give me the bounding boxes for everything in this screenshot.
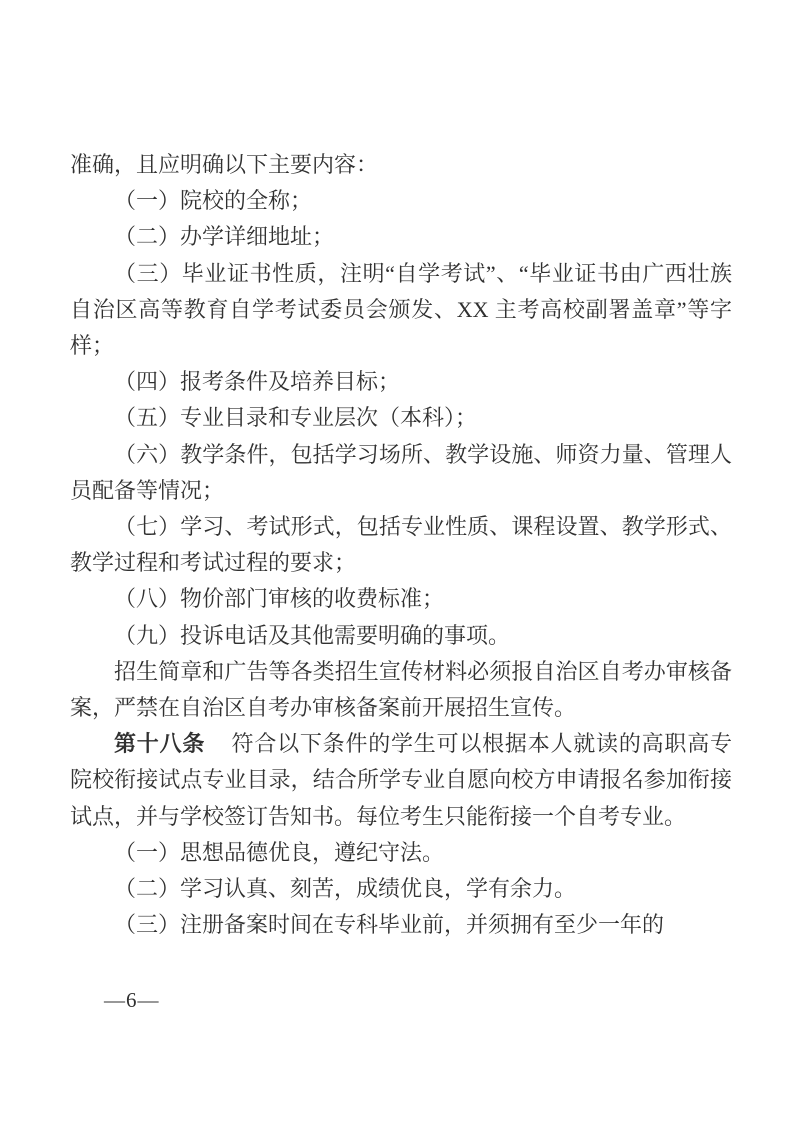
list-item-2: （二）办学详细地址； <box>70 219 732 255</box>
document-page: 准确，且应明确以下主要内容： （一）院校的全称； （二）办学详细地址； （三）毕… <box>0 0 800 1131</box>
list-item-3: （三）毕业证书性质，注明“自学考试”、“毕业证书由广西壮族自治区高等教育自学考试… <box>70 256 732 365</box>
list-item-1: （一）院校的全称； <box>70 183 732 219</box>
page-number: —6— <box>104 988 160 1013</box>
list-item-4: （四）报考条件及培养目标； <box>70 364 732 400</box>
list-item-8: （八）物价部门审核的收费标准； <box>70 581 732 617</box>
condition-item-3: （三）注册备案时间在专科毕业前，并须拥有至少一年的 <box>70 907 732 943</box>
article-number: 第十八条 <box>114 731 205 756</box>
paragraph-continuation: 准确，且应明确以下主要内容： <box>70 147 732 183</box>
document-body: 准确，且应明确以下主要内容： （一）院校的全称； （二）办学详细地址； （三）毕… <box>70 147 732 943</box>
paragraph-article-18: 第十八条符合以下条件的学生可以根据本人就读的高职高专院校衔接试点专业目录，结合所… <box>70 726 732 835</box>
paragraph-promotion-rule: 招生简章和广告等各类招生宣传材料必须报自治区自考办审核备案，严禁在自治区自考办审… <box>70 654 732 726</box>
list-item-5: （五）专业目录和专业层次（本科）； <box>70 400 732 436</box>
condition-item-1: （一）思想品德优良，遵纪守法。 <box>70 835 732 871</box>
list-item-7: （七）学习、考试形式，包括专业性质、课程设置、教学形式、教学过程和考试过程的要求… <box>70 509 732 581</box>
condition-item-2: （二）学习认真、刻苦，成绩优良，学有余力。 <box>70 871 732 907</box>
list-item-9: （九）投诉电话及其他需要明确的事项。 <box>70 618 732 654</box>
list-item-6: （六）教学条件，包括学习场所、教学设施、师资力量、管理人员配备等情况； <box>70 437 732 509</box>
